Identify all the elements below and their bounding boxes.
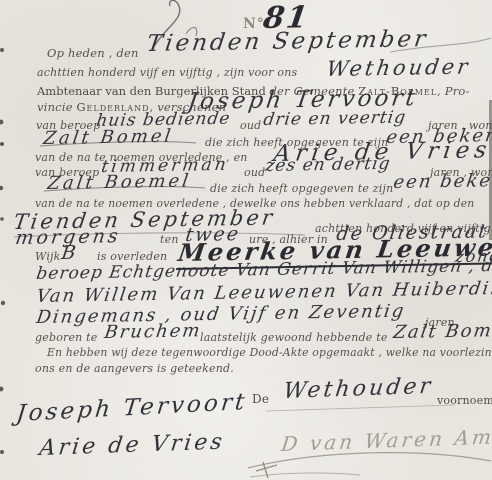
printed-op-heden: Op heden , den <box>47 46 139 60</box>
printed-de: De <box>252 392 269 406</box>
written-birthplace: Bruchem <box>103 320 203 343</box>
printed-pro: , Pro- <box>437 84 470 98</box>
written-declarant1-residence: Zalt Bomel <box>42 126 175 149</box>
printed-wijk-label: Wijk <box>35 250 61 263</box>
printed-closing-2: ons en de aangevers is geteekend. <box>35 362 234 375</box>
written-declarant2-relation: een bekende <box>392 170 492 193</box>
signature-declarant1: Joseph Tervoort <box>15 389 249 427</box>
printed-die-zich-2: die zich heeft opgegeven te zijn <box>210 182 393 195</box>
signature-declarant2: Arie de Vries <box>38 430 226 461</box>
printed-voornoemd: voornoemd , <box>437 394 492 407</box>
hash-mark <box>256 462 277 478</box>
written-declarant2-age: zes en dertig <box>264 154 392 176</box>
written-wijk: B <box>60 242 79 264</box>
printed-closing-1: En hebben wij deze tegenwoordige Dood-Ak… <box>47 346 492 359</box>
printed-ten: ten <box>160 233 179 246</box>
written-last-residence: Zalt Bomel <box>392 320 492 343</box>
signature-rule <box>266 405 455 411</box>
printed-geboren-te: geboren te <box>35 331 98 344</box>
left-edge-specks <box>0 48 5 454</box>
bottom-flourish-curve-2 <box>250 473 360 477</box>
printed-laatstelijk: laatstelijk gewoond hebbende te <box>200 331 388 344</box>
printed-oud-1: oud <box>240 119 261 132</box>
written-declarant2-residence: Zalt Boemel <box>46 171 192 194</box>
document-page: N°. 81 Op heden , den Tienden September … <box>0 0 492 480</box>
written-official-title-signature: Wethouder <box>282 374 435 404</box>
printed-vincie: vincie <box>37 100 73 114</box>
printed-oud-2: oud <box>244 166 265 179</box>
written-record-date: Tienden September <box>145 26 430 57</box>
printed-year-voor-ons: achttien honderd vijf en vijftig , zijn … <box>37 66 297 79</box>
written-official-title: Wethouder <box>325 55 472 81</box>
written-declarant1-age: drie en veertig <box>262 108 408 130</box>
signature-official: D van Waren Ama <box>280 424 492 456</box>
